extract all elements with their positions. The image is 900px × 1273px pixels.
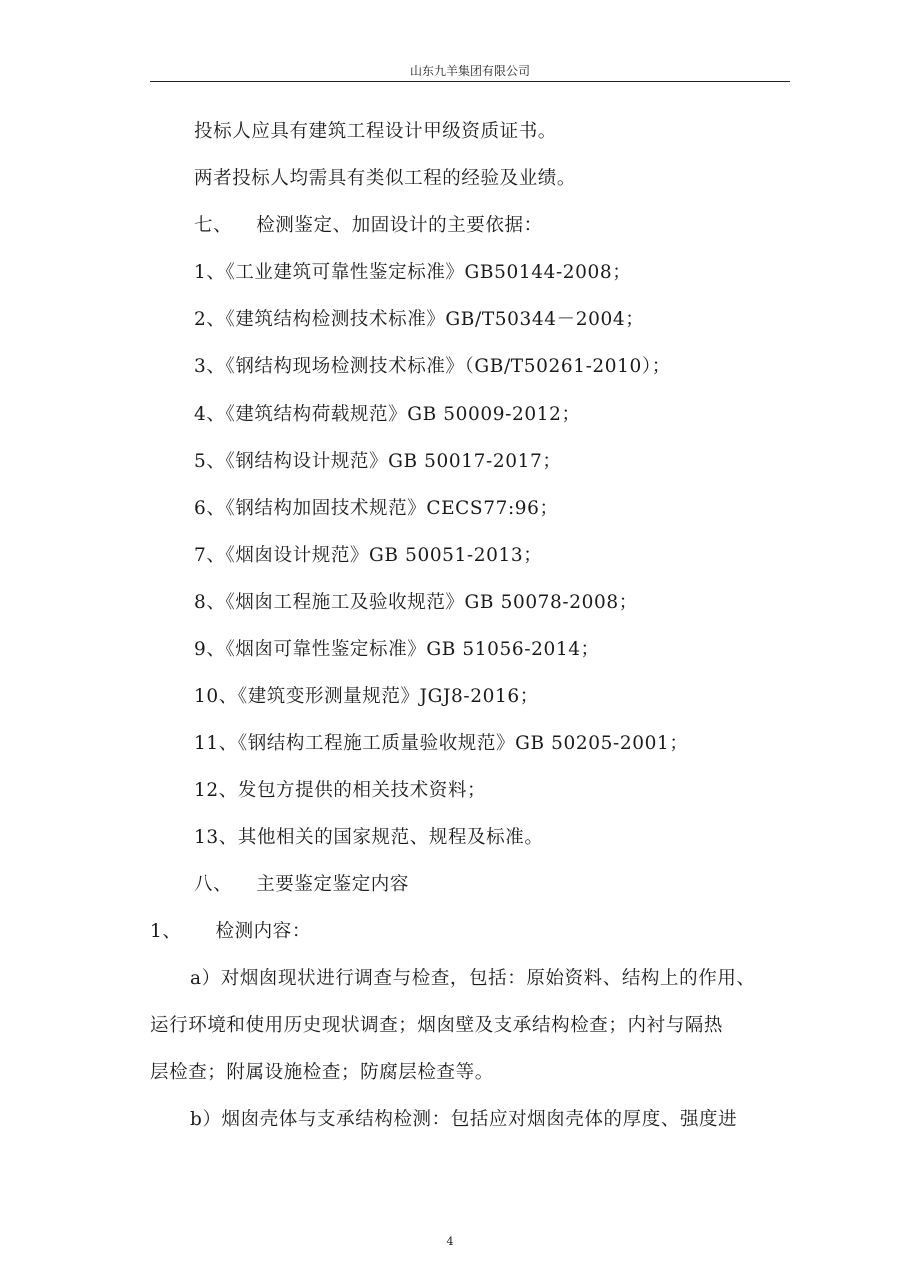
paragraph-a-line-2: 运行环境和使用历史现状调查；烟囱壁及支承结构检查；内衬与隔热 [150, 1011, 723, 1037]
list-item: 10、《建筑变形测量规范》JGJ8-2016； [194, 682, 539, 708]
list-item: 11、《钢结构工程施工质量验收规范》GB 50205-2001； [194, 729, 688, 755]
list-item: 8、《烟囱工程施工及验收规范》GB 50078-2008； [194, 588, 638, 614]
section-title: 检测鉴定、加固设计的主要依据： [256, 215, 543, 236]
subsection-heading-1: 1、检测内容： [150, 917, 311, 943]
section-number: 七、 [194, 215, 232, 236]
list-item: 9、《烟囱可靠性鉴定标准》GB 51056-2014； [194, 635, 600, 661]
list-item: 4、《建筑结构荷载规范》GB 50009-2012； [194, 400, 581, 426]
section-number: 八、 [194, 874, 232, 895]
list-item: 13、其他相关的国家规范、规程及标准。 [194, 823, 543, 849]
list-item: 2、《建筑结构检测技术标准》GB/T50344－2004； [194, 305, 644, 331]
header-divider [150, 81, 790, 82]
list-item: 5、《钢结构设计规范》GB 50017-2017； [194, 447, 561, 473]
section-title: 主要鉴定鉴定内容 [256, 874, 409, 895]
section-heading-8: 八、主要鉴定鉴定内容 [194, 870, 409, 896]
paragraph-experience: 两者投标人均需具有类似工程的经验及业绩。 [194, 164, 576, 190]
section-heading-7: 七、检测鉴定、加固设计的主要依据： [194, 211, 543, 237]
list-item: 3、《钢结构现场检测技术标准》（GB/T50261-2010）； [194, 352, 671, 378]
header-company-name: 山东九羊集团有限公司 [150, 62, 790, 79]
paragraph-a-line-3: 层检查；附属设施检查；防腐层检查等。 [150, 1058, 494, 1084]
subsection-number: 1、 [150, 921, 181, 942]
paragraph-a-line-1: a）对烟囱现状进行调查与检查，包括：原始资料、结构上的作用、 [190, 964, 756, 990]
page-number: 4 [0, 1235, 900, 1248]
list-item: 1、《工业建筑可靠性鉴定标准》GB50144-2008； [194, 258, 631, 284]
list-item: 6、《钢结构加固技术规范》CECS77:96； [194, 494, 559, 520]
list-item: 7、《烟囱设计规范》GB 50051-2013； [194, 541, 542, 567]
paragraph-b-line-1: b）烟囱壳体与支承结构检测：包括应对烟囱壳体的厚度、强度进 [190, 1105, 737, 1131]
subsection-title: 检测内容： [215, 921, 311, 942]
list-item: 12、发包方提供的相关技术资料； [194, 776, 486, 802]
paragraph-qualification: 投标人应具有建筑工程设计甲级资质证书。 [194, 117, 557, 143]
